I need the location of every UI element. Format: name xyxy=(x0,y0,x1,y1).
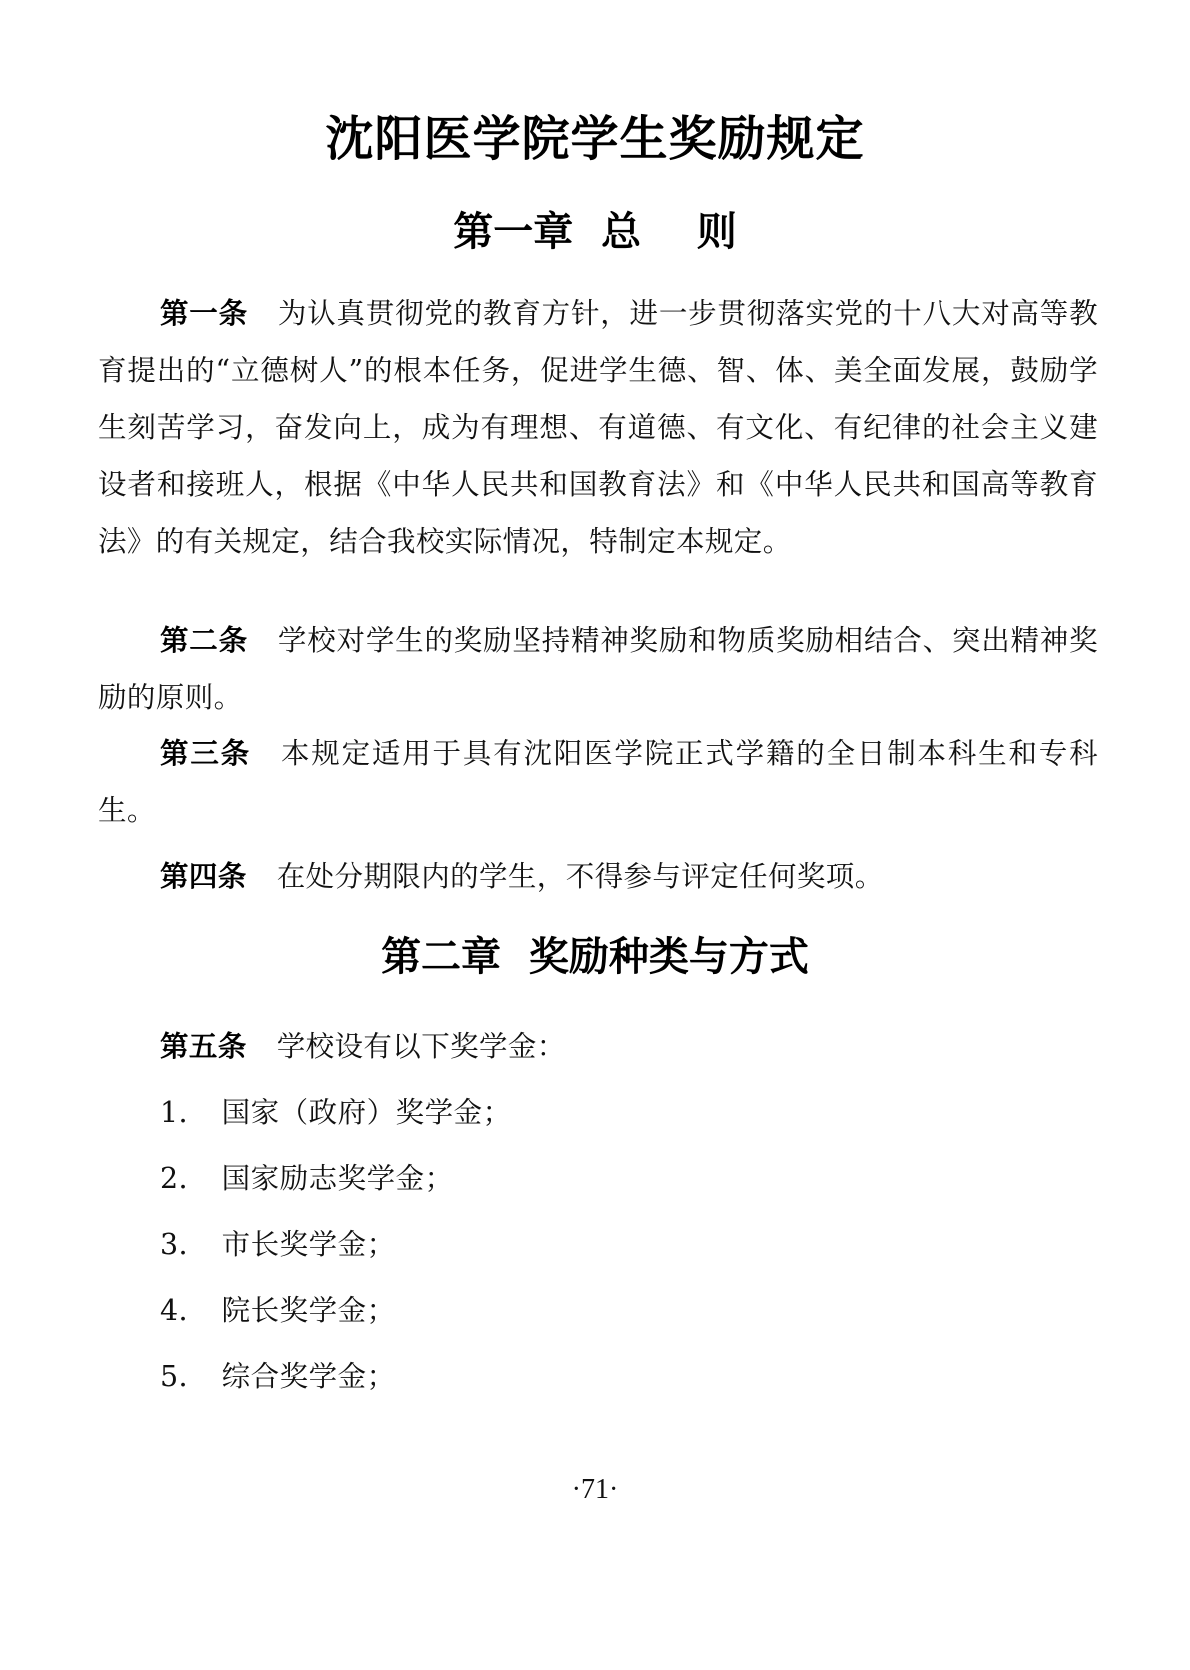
list-item: 4．院长奖学金； xyxy=(160,1291,396,1331)
list-item-text: 市长奖学金； xyxy=(222,1228,396,1261)
article-label: 第三条 xyxy=(160,737,251,770)
list-item-number: 1． xyxy=(160,1096,208,1129)
article-label: 第五条 xyxy=(160,1030,247,1063)
list-item-number: 2． xyxy=(160,1162,208,1195)
list-item-text: 国家励志奖学金； xyxy=(222,1162,454,1195)
article-1: 第一条为认真贯彻党的教育方针，进一步贯彻落实党的十八大对高等教育提出的“立德树人… xyxy=(98,285,1098,570)
chapter-heading: 第二章 奖励种类与方式 xyxy=(0,925,1190,982)
article-text: 为认真贯彻党的教育方针，进一步贯彻落实党的十八大对高等教育提出的“立德树人”的根… xyxy=(98,297,1098,558)
list-item: 2．国家励志奖学金； xyxy=(160,1159,454,1199)
document-title: 沈阳医学院学生奖励规定 xyxy=(0,100,1190,169)
article-3: 第三条本规定适用于具有沈阳医学院正式学籍的全日制本科生和专科生。 xyxy=(98,725,1098,839)
article-text: 在处分期限内的学生，不得参与评定任何奖项。 xyxy=(277,860,884,893)
article-label: 第二条 xyxy=(160,624,248,657)
page-number: ·71· xyxy=(0,1474,1190,1506)
article-text: 学校设有以下奖学金： xyxy=(277,1030,566,1063)
article-text: 学校对学生的奖励坚持精神奖励和物质奖励相结合、突出精神奖励的原则。 xyxy=(98,624,1098,714)
document-page: 沈阳医学院学生奖励规定 第一章 总 则 第一条为认真贯彻党的教育方针，进一步贯彻… xyxy=(0,0,1190,1670)
article-label: 第四条 xyxy=(160,860,247,893)
list-item-number: 4． xyxy=(160,1294,208,1327)
list-item: 1．国家（政府）奖学金； xyxy=(160,1093,512,1133)
list-item-number: 3． xyxy=(160,1228,208,1261)
article-5: 第五条学校设有以下奖学金： xyxy=(98,1018,1098,1075)
list-item-number: 5． xyxy=(160,1360,208,1393)
list-item-text: 综合奖学金； xyxy=(222,1360,396,1393)
list-item-text: 院长奖学金； xyxy=(222,1294,396,1327)
article-2: 第二条学校对学生的奖励坚持精神奖励和物质奖励相结合、突出精神奖励的原则。 xyxy=(98,612,1098,726)
article-label: 第一条 xyxy=(160,297,248,330)
chapter-heading: 第一章 总 则 xyxy=(0,200,1190,257)
list-item: 3．市长奖学金； xyxy=(160,1225,396,1265)
list-item: 5．综合奖学金； xyxy=(160,1357,396,1397)
list-item-text: 国家（政府）奖学金； xyxy=(222,1096,512,1129)
article-4: 第四条在处分期限内的学生，不得参与评定任何奖项。 xyxy=(98,848,1098,905)
